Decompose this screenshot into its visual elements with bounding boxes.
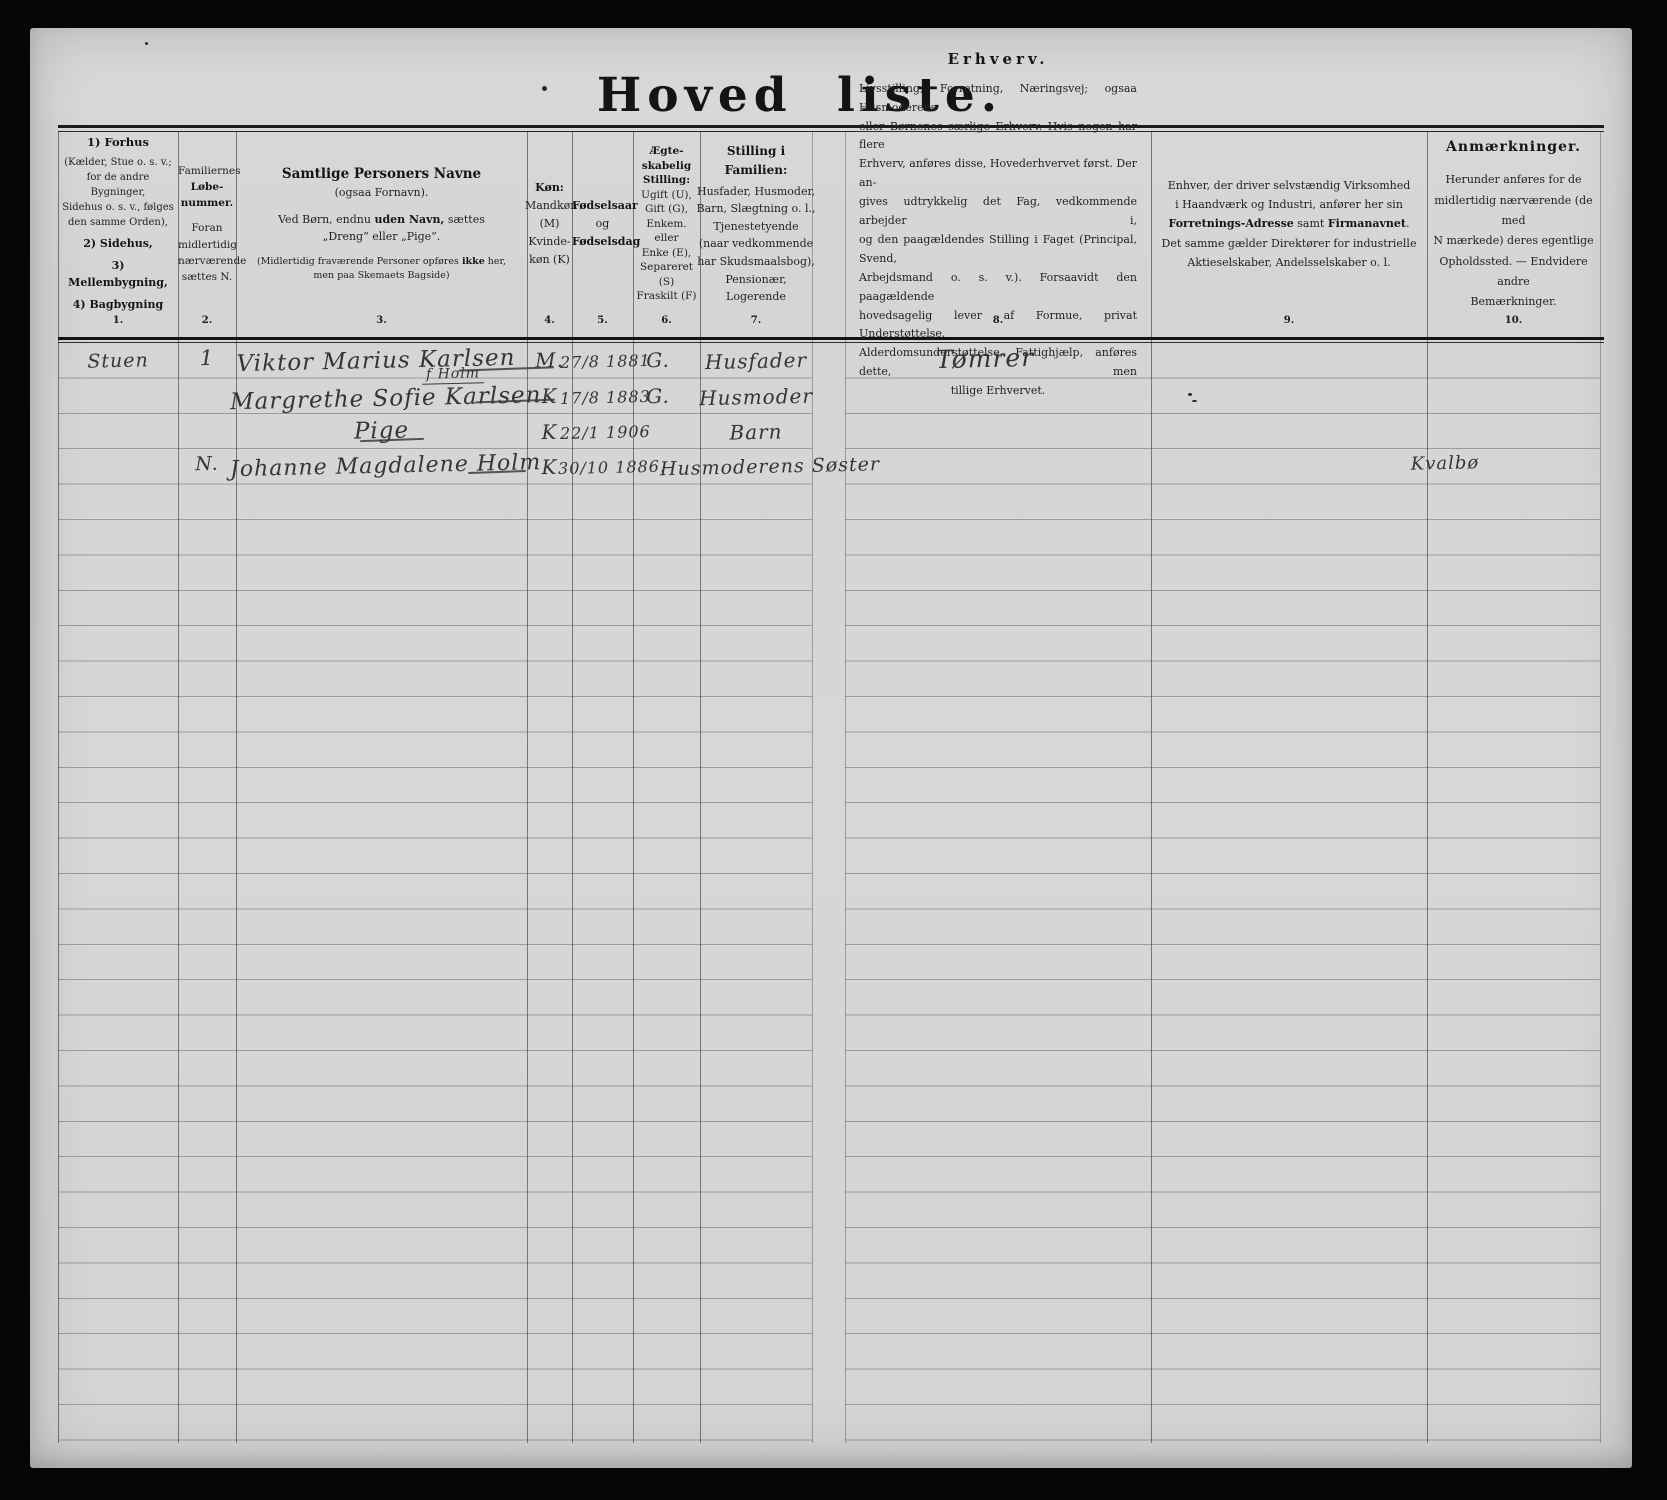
header-fodsel: FødselsaarogFødselsdag [572,133,633,315]
header-erhverv: Erhverv.Livsstilling, Forretning, Næring… [853,133,1143,315]
header-stilling-familien: Stilling i Familien:Husfader, Husmoder,B… [694,133,818,315]
column-number-8: 8. [845,315,1151,335]
entry-1-lobenummer: 1 [178,345,237,370]
column-number-9: 9. [1151,315,1427,335]
entry-4-fodselsdato: 30/10 1886. [558,457,648,478]
header-kon: Køn:Mandkøn(M)Kvinde-køn (K) [525,133,574,315]
entry-3-fodselsdato: 22/1 1906 [560,422,645,443]
column-number-4: 4. [527,315,572,335]
ink-speck [1192,400,1197,402]
header-anmaerkninger: Anmærkninger.Herunder anføres for demidl… [1427,133,1600,315]
entry-3-stilling: Barn [694,419,819,446]
header-bottom-rule [58,337,1604,343]
entry-1-stilling: Husfader [694,348,819,375]
header-aegteskab: Ægte-skabeligStilling:Ugift (U),Gift (G)… [633,133,700,315]
entry-4-lobenummer: N. [178,452,236,475]
ink-speck [145,42,148,45]
column-number-7: 7. [700,315,812,335]
column-number-6: 6. [633,315,700,335]
header-top-rule [58,125,1604,132]
entry-2-navn-note: f Holm [422,365,484,384]
ruled-lines-left-page [58,343,812,1443]
header-navne: Samtlige Personers Navne(ogsaa Fornavn).… [236,133,527,315]
scanned-census-page: Hoved liste. 1) Forhus(Kælder, Stue o. s… [0,0,1667,1500]
entry-4-anmaerkning: Kvalbø [1365,451,1525,476]
column-number-2: 2. [178,315,236,335]
entry-1-bygning: Stuen [60,349,176,374]
table-right-border [1600,131,1601,1443]
entry-4-stilling: Husmoderens Søster [660,454,860,481]
left-page-edge [812,131,813,1443]
column-number-5: 5. [572,315,633,335]
paper-spread: Hoved liste. 1) Forhus(Kælder, Stue o. s… [30,28,1632,1468]
header-virksomhed: Enhver, der driver selvstændig Virksomhe… [1151,133,1427,315]
entry-2-aegteskabelig: G. [633,383,684,408]
ink-speck [1188,393,1192,396]
column-number-3: 3. [236,315,527,335]
header-forhus: 1) Forhus(Kælder, Stue o. s. v.;for de a… [60,133,176,315]
column-number-10: 10. [1427,315,1600,335]
ink-speck [542,86,547,91]
header-lobenummer: FamiliernesLøbe-nummer.Foranmidlertidign… [178,133,236,315]
column-number-1: 1. [58,315,178,335]
entry-1-aegteskabelig: G. [633,347,684,372]
ruled-lines-right-page [845,343,1600,1443]
entry-2-stilling: Husmoder [694,384,819,411]
